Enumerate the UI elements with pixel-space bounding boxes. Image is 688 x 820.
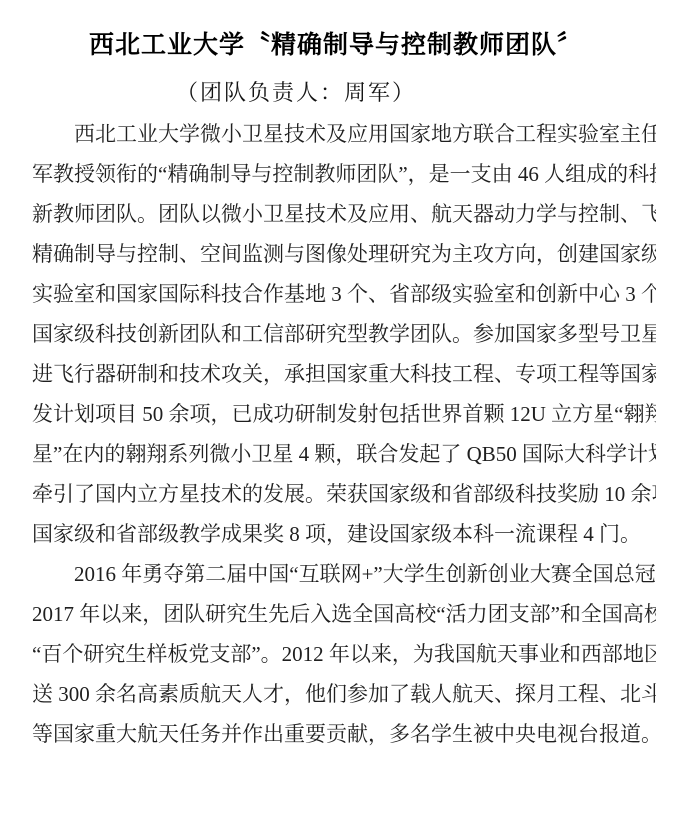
body-line: 军教授领衔的“精确制导与控制教师团队”，是一支由 46 人组成的科技创 [32, 154, 656, 194]
document-page: 西北工业大学〝精确制导与控制教师团队〞 （团队负责人：周军） 西北工业大学微小卫… [0, 0, 688, 754]
body-line: 等国家重大航天任务并作出重要贡献，多名学生被中央电视台报道。 [32, 714, 656, 754]
body-line: 发计划项目 50 余项，已成功研制发射包括世界首颗 12U 立方星“翱翔之 [32, 394, 656, 434]
body-line: 国家级科技创新团队和工信部研究型教学团队。参加国家多型号卫星、先 [32, 314, 656, 354]
body-line: 国家级和省部级教学成果奖 8 项，建设国家级本科一流课程 4 门。 [32, 514, 656, 554]
body-line: 送 300 余名高素质航天人才，他们参加了载人航天、探月工程、北斗导航 [32, 674, 656, 714]
body-line: 实验室和国家国际科技合作基地 3 个、省部级实验室和创新中心 3 个，是 [32, 274, 656, 314]
body-line: 2017 年以来，团队研究生先后入选全国高校“活力团支部”和全国高校 [32, 594, 656, 634]
body-line: 2016 年勇夺第二届中国“互联网+”大学生创新创业大赛全国总冠军， [32, 554, 656, 594]
body-line: 进飞行器研制和技术攻关，承担国家重大科技工程、专项工程等国家级研 [32, 354, 656, 394]
body-line: 新教师团队。团队以微小卫星技术及应用、航天器动力学与控制、飞行器 [32, 194, 656, 234]
body-line: “百个研究生样板党支部”。2012 年以来，为我国航天事业和西部地区输 [32, 634, 656, 674]
document-subtitle: （团队负责人：周军） [0, 78, 608, 108]
document-title: 西北工业大学〝精确制导与控制教师团队〞 [24, 28, 648, 62]
body-line: 精确制导与控制、空间监测与图像处理研究为主攻方向，创建国家级工程 [32, 234, 656, 274]
body-line: 牵引了国内立方星技术的发展。荣获国家级和省部级科技奖励 10 余项， [32, 474, 656, 514]
body-line: 星”在内的翱翔系列微小卫星 4 颗，联合发起了 QB50 国际大科学计划， [32, 434, 656, 474]
body-line: 西北工业大学微小卫星技术及应用国家地方联合工程实验室主任周 [32, 114, 656, 154]
document-body: 西北工业大学微小卫星技术及应用国家地方联合工程实验室主任周军教授领衔的“精确制导… [32, 114, 656, 754]
